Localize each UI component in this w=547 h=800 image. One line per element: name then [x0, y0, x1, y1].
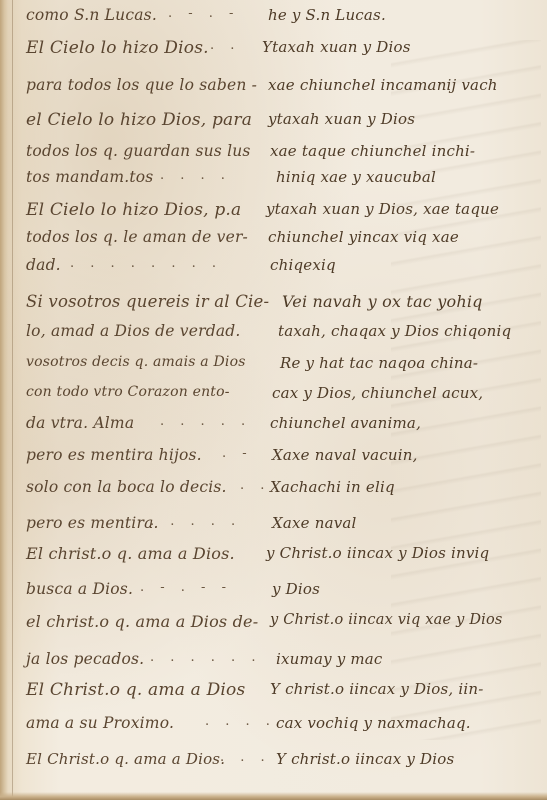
kaqchikel-text: chiqexiq: [270, 256, 336, 274]
text-line-5: todos los q. guardan sus lus xae taque c…: [0, 142, 547, 168]
kaqchikel-text: xae taque chiunchel inchi-: [270, 142, 475, 160]
page-bottom-edge: [0, 792, 547, 800]
text-line-2: El Cielo lo hizo Dios. . . Ytaxah xuan y…: [0, 38, 547, 64]
spanish-text: ja los pecados.: [26, 650, 144, 668]
spanish-text: el Cielo lo hizo Dios, para: [26, 110, 252, 130]
spanish-text: El christ.o q. ama a Dios.: [26, 544, 235, 563]
text-line-1: como S.n Lucas. . - . - he y S.n Lucas.: [0, 6, 547, 32]
text-line-18: El christ.o q. ama a Dios. y Christ.o ii…: [0, 544, 547, 570]
kaqchikel-text: hiniq xae y xaucubal: [276, 168, 436, 186]
kaqchikel-text: he y S.n Lucas.: [268, 6, 386, 24]
leader-dots: . .: [240, 478, 270, 493]
spanish-text: tos mandam.tos: [26, 168, 153, 186]
spanish-text: como S.n Lucas.: [26, 6, 157, 24]
kaqchikel-text: chiunchel yincax viq xae: [268, 228, 459, 246]
spanish-text: ama a su Proximo.: [26, 714, 174, 732]
leader-dots: . - . - -: [140, 580, 232, 595]
spanish-text: pero es mentira.: [26, 514, 159, 532]
text-line-4: el Cielo lo hizo Dios, para ytaxah xuan …: [0, 110, 547, 136]
kaqchikel-text: y Christ.o iincax y Dios inviq: [266, 544, 489, 562]
spanish-text: da vtra. Alma: [26, 414, 134, 432]
leader-dots: . -: [222, 446, 253, 461]
text-line-11: lo, amad a Dios de verdad. taxah, chaqax…: [0, 322, 547, 348]
text-line-24: El Christ.o q. ama a Dios. . . . Y chris…: [0, 750, 547, 776]
kaqchikel-text: ixumay y mac: [276, 650, 383, 668]
kaqchikel-text: Xaxe naval vacuin,: [272, 446, 418, 464]
spanish-text: Si vosotros quereis ir al Cie-: [26, 292, 269, 311]
leader-dots: . .: [210, 38, 240, 53]
kaqchikel-text: cax y Dios, chiunchel acux,: [272, 384, 483, 402]
spanish-text: busca a Dios.: [26, 580, 133, 598]
spanish-text: con todo vtro Corazon ento-: [26, 384, 230, 400]
spanish-text: pero es mentira hijos.: [26, 446, 202, 464]
text-line-13: con todo vtro Corazon ento- cax y Dios, …: [0, 384, 547, 410]
leader-dots: . . . . . . . .: [70, 256, 222, 271]
spanish-text: solo con la boca lo decis.: [26, 478, 227, 496]
leader-dots: . . . .: [160, 168, 231, 183]
kaqchikel-text: taxah, chaqax y Dios chiqoniq: [278, 322, 511, 340]
kaqchikel-text: Vei navah y ox tac yohiq: [282, 292, 483, 311]
text-line-17: pero es mentira. . . . . . Xaxe naval: [0, 514, 547, 540]
spanish-text: el christ.o q. ama a Dios de-: [26, 612, 258, 631]
kaqchikel-text: ytaxah xuan y Dios: [268, 110, 415, 128]
spanish-text: dad.: [26, 256, 61, 274]
kaqchikel-text: y Christ.o iincax viq xae y Dios: [270, 612, 503, 628]
spanish-text: vosotros decis q. amais a Dios: [26, 354, 246, 370]
leader-dots: . . . .: [205, 714, 276, 729]
text-line-8: todos los q. le aman de ver- chiunchel y…: [0, 228, 547, 254]
kaqchikel-text: ytaxah xuan y Dios, xae taque: [266, 200, 499, 218]
kaqchikel-text: Ytaxah xuan y Dios: [262, 38, 411, 56]
kaqchikel-text: cax vochiq y naxmachaq.: [276, 714, 471, 732]
leader-dots: . - . -: [168, 6, 239, 21]
spanish-text: lo, amad a Dios de verdad.: [26, 322, 241, 340]
text-line-14: da vtra. Alma . . . . . chiunchel avanim…: [0, 414, 547, 440]
spanish-text: El Cielo lo hizo Dios.: [26, 38, 209, 58]
kaqchikel-text: xae chiunchel incamanij vach: [268, 76, 498, 94]
text-line-23: ama a su Proximo. . . . . cax vochiq y n…: [0, 714, 547, 740]
text-line-6: tos mandam.tos . . . . hiniq xae y xaucu…: [0, 168, 547, 194]
leader-dots: . . . . . .: [150, 650, 261, 665]
spanish-text: todos los q. guardan sus lus: [26, 142, 251, 160]
text-line-20: el christ.o q. ama a Dios de- y Christ.o…: [0, 612, 547, 638]
text-line-9: dad. . . . . . . . . chiqexiq: [0, 256, 547, 282]
kaqchikel-text: Y christ.o iincax y Dios, iin-: [270, 680, 483, 698]
text-line-7: El Cielo lo hizo Dios, p.a ytaxah xuan y…: [0, 200, 547, 226]
kaqchikel-text: Xachachi in eliq: [270, 478, 395, 496]
leader-dots: . . .: [220, 750, 271, 765]
kaqchikel-text: Xaxe naval: [272, 514, 357, 532]
text-line-12: vosotros decis q. amais a Dios Re y hat …: [0, 354, 547, 380]
leader-dots: . . . . .: [150, 514, 241, 529]
spanish-text: todos los q. le aman de ver-: [26, 228, 248, 246]
text-line-3: para todos los que lo saben - xae chiunc…: [0, 76, 547, 102]
manuscript-page: como S.n Lucas. . - . - he y S.n Lucas. …: [0, 0, 547, 800]
text-line-15: pero es mentira hijos. . - Xaxe naval va…: [0, 446, 547, 472]
spanish-text: El Cielo lo hizo Dios, p.a: [26, 200, 241, 220]
kaqchikel-text: Y christ.o iincax y Dios: [276, 750, 454, 768]
spanish-text: El Christ.o q. ama a Dios.: [26, 750, 225, 768]
text-line-19: busca a Dios. . - . - - y Dios: [0, 580, 547, 606]
kaqchikel-text: Re y hat tac naqoa china-: [280, 354, 478, 372]
text-line-22: El Christ.o q. ama a Dios Y christ.o iin…: [0, 680, 547, 706]
spanish-text: para todos los que lo saben -: [26, 76, 257, 94]
spanish-text: El Christ.o q. ama a Dios: [26, 680, 245, 700]
text-line-10: Si vosotros quereis ir al Cie- Vei navah…: [0, 292, 547, 318]
leader-dots: . . . . .: [160, 414, 251, 429]
text-line-16: solo con la boca lo decis. . . Xachachi …: [0, 478, 547, 504]
kaqchikel-text: chiunchel avanima,: [270, 414, 421, 432]
kaqchikel-text: y Dios: [272, 580, 320, 598]
text-line-21: ja los pecados. . . . . . . ixumay y mac: [0, 650, 547, 676]
